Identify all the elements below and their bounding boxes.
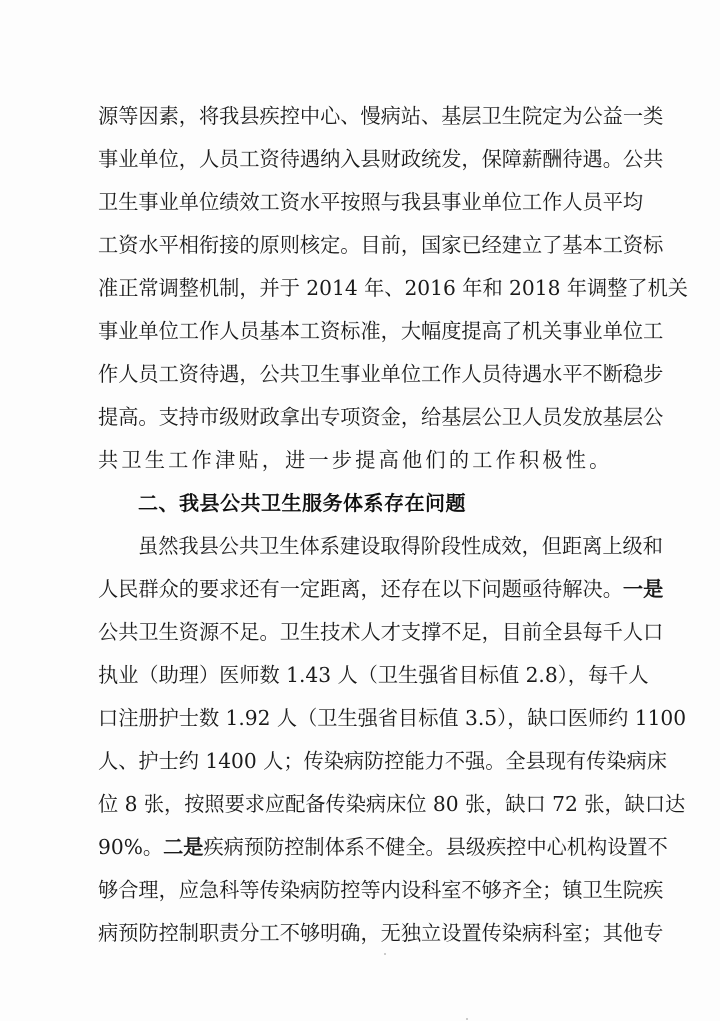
paragraph-line: 执业（助理）医师数 1.43 人（卫生强省目标值 2.8），每千人 xyxy=(98,659,638,691)
section-heading: 二、我县公共卫生服务体系存在问题 xyxy=(138,487,466,519)
line-text: 90%。 xyxy=(98,835,163,859)
scan-speck xyxy=(384,953,386,955)
scan-speck xyxy=(466,1018,468,1020)
paragraph-line: 人、护士约 1400 人；传染病防控能力不强。全县现有传染病床 xyxy=(98,745,638,777)
bold-marker-second: 二是 xyxy=(163,835,203,859)
paragraph-line: 事业单位工作人员基本工资标准，大幅度提高了机关事业单位工 xyxy=(98,315,638,347)
paragraph-line: 病预防控制职责分工不够明确，无独立设置传染病科室；其他专 xyxy=(98,917,638,949)
paragraph-line: 90%。二是疾病预防控制体系不健全。县级疾控中心机构设置不 xyxy=(98,831,638,863)
bold-marker-first: 一是 xyxy=(623,577,663,601)
paragraph-line: 准正常调整机制，并于 2014 年、2016 年和 2018 年调整了机关 xyxy=(98,272,638,304)
paragraph-line: 人民群众的要求还有一定距离，还存在以下问题亟待解决。一是 xyxy=(98,573,638,605)
paragraph-line: 共卫生工作津贴，进一步提高他们的工作积极性。 xyxy=(98,444,638,476)
paragraph-line: 作人员工资待遇，公共卫生事业单位工作人员待遇水平不断稳步 xyxy=(98,358,638,390)
paragraph-line: 工资水平相衔接的原则核定。目前，国家已经建立了基本工资标 xyxy=(98,229,638,261)
line-text: 疾病预防控制体系不健全。县级疾控中心机构设置不 xyxy=(203,835,667,859)
paragraph-line: 源等因素，将我县疾控中心、慢病站、基层卫生院定为公益一类 xyxy=(98,100,638,132)
paragraph-line: 卫生事业单位绩效工资水平按照与我县事业单位工作人员平均 xyxy=(98,186,638,218)
paragraph-line: 提高。支持市级财政拿出专项资金，给基层公卫人员发放基层公 xyxy=(98,401,638,433)
paragraph-line: 位 8 张，按照要求应配备传染病床位 80 张，缺口 72 张，缺口达 xyxy=(98,788,638,820)
paragraph-line: 公共卫生资源不足。卫生技术人才支撑不足，目前全县每千人口 xyxy=(98,616,638,648)
paragraph-line: 口注册护士数 1.92 人（卫生强省目标值 3.5），缺口医师约 1100 xyxy=(98,702,638,734)
paragraph-line: 事业单位，人员工资待遇纳入县财政统发，保障薪酬待遇。公共 xyxy=(98,143,638,175)
line-text: 人民群众的要求还有一定距离，还存在以下问题亟待解决。 xyxy=(98,577,623,601)
paragraph-line: 够合理，应急科等传染病防控等内设科室不够齐全；镇卫生院疾 xyxy=(98,874,638,906)
document-page: 源等因素，将我县疾控中心、慢病站、基层卫生院定为公益一类 事业单位，人员工资待遇… xyxy=(0,0,720,1021)
paragraph-line: 虽然我县公共卫生体系建设取得阶段性成效，但距离上级和 xyxy=(138,530,638,562)
